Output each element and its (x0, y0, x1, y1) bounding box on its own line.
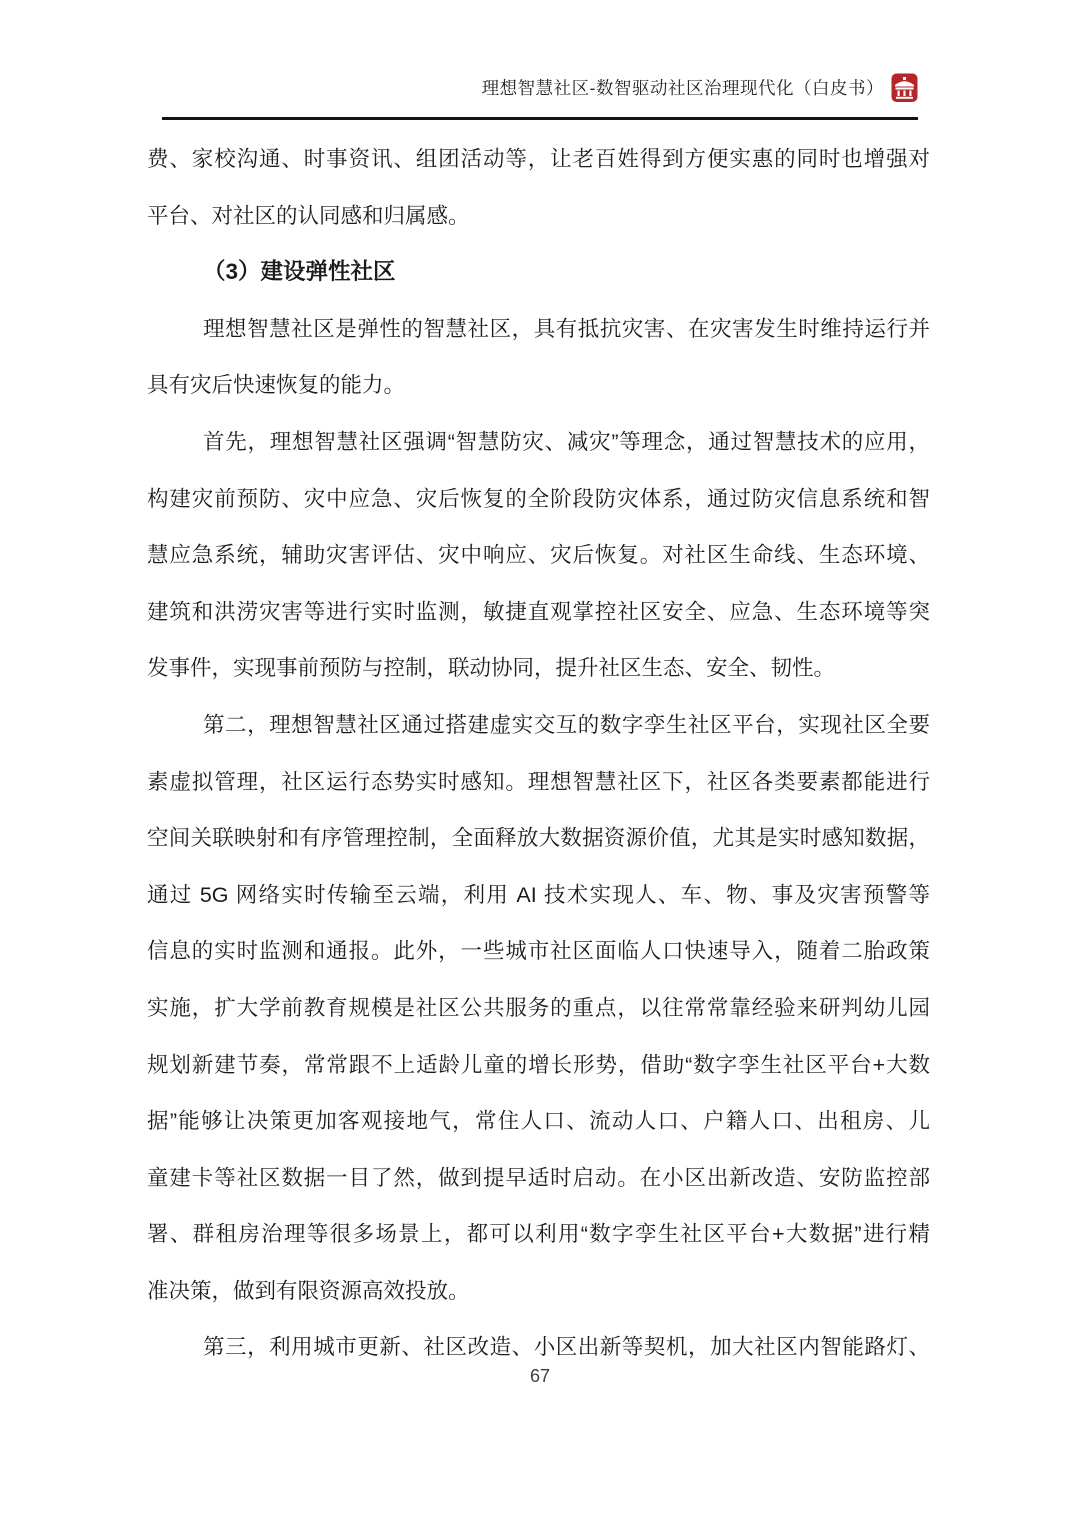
text-line: 平台、对社区的认同感和归属感。 (147, 188, 930, 245)
text-line: 实施，扩大学前教育规模是社区公共服务的重点，以往常常靠经验来研判幼儿园 (147, 980, 930, 1037)
text-line: 准决策，做到有限资源高效投放。 (147, 1263, 930, 1320)
text-line: 费、家校沟通、时事资讯、组团活动等，让老百姓得到方便实惠的同时也增强对 (147, 131, 930, 188)
text-line: 童建卡等社区数据一目了然，做到提早适时启动。在小区出新改造、安防监控部 (147, 1150, 930, 1207)
text-line: 据”能够让决策更加客观接地气，常住人口、流动人口、户籍人口、出租房、儿 (147, 1093, 930, 1150)
header-title: 理想智慧社区-数智驱动社区治理现代化（白皮书） (482, 75, 884, 100)
header-divider (162, 117, 918, 120)
text-line: 理想智慧社区是弹性的智慧社区，具有抵抗灾害、在灾害发生时维持运行并 (147, 301, 930, 358)
text-line: 信息的实时监测和通报。此外，一些城市社区面临人口快速导入，随着二胎政策 (147, 923, 930, 980)
text-line: 第二，理想智慧社区通过搭建虚实交互的数字孪生社区平台，实现社区全要 (147, 697, 930, 754)
text-line: 规划新建节奏，常常跟不上适龄儿童的增长形势，借助“数字孪生社区平台+大数 (147, 1037, 930, 1094)
text-line: 署、群租房治理等很多场景上，都可以利用“数字孪生社区平台+大数据”进行精 (147, 1206, 930, 1263)
text-line: 首先，理想智慧社区强调“智慧防灾、减灾”等理念，通过智慧技术的应用， (147, 414, 930, 471)
section-heading: （3）建设弹性社区 (147, 244, 930, 301)
text-line: 空间关联映射和有序管理控制，全面释放大数据资源价值，尤其是实时感知数据， (147, 810, 930, 867)
text-line: 具有灾后快速恢复的能力。 (147, 357, 930, 414)
text-line: 素虚拟管理，社区运行态势实时感知。理想智慧社区下，社区各类要素都能进行 (147, 754, 930, 811)
text-line: 建筑和洪涝灾害等进行实时监测，敏捷直观掌控社区安全、应急、生态环境等突 (147, 584, 930, 641)
document-body: 费、家校沟通、时事资讯、组团活动等，让老百姓得到方便实惠的同时也增强对 平台、对… (147, 131, 930, 1376)
page-header: 理想智慧社区-数智驱动社区治理现代化（白皮书） (482, 72, 918, 103)
document-page: 理想智慧社区-数智驱动社区治理现代化（白皮书） 费、家校沟通、时事资讯、组团活动… (0, 0, 1080, 1527)
pavilion-seal-icon (891, 72, 918, 103)
page-number: 67 (0, 1366, 1080, 1387)
text-line: 通过 5G 网络实时传输至云端，利用 AI 技术实现人、车、物、事及灾害预警等 (147, 867, 930, 924)
text-line: 发事件，实现事前预防与控制，联动协同，提升社区生态、安全、韧性。 (147, 640, 930, 697)
text-line: 构建灾前预防、灾中应急、灾后恢复的全阶段防灾体系，通过防灾信息系统和智 (147, 471, 930, 528)
text-line: 慧应急系统，辅助灾害评估、灾中响应、灾后恢复。对社区生命线、生态环境、 (147, 527, 930, 584)
